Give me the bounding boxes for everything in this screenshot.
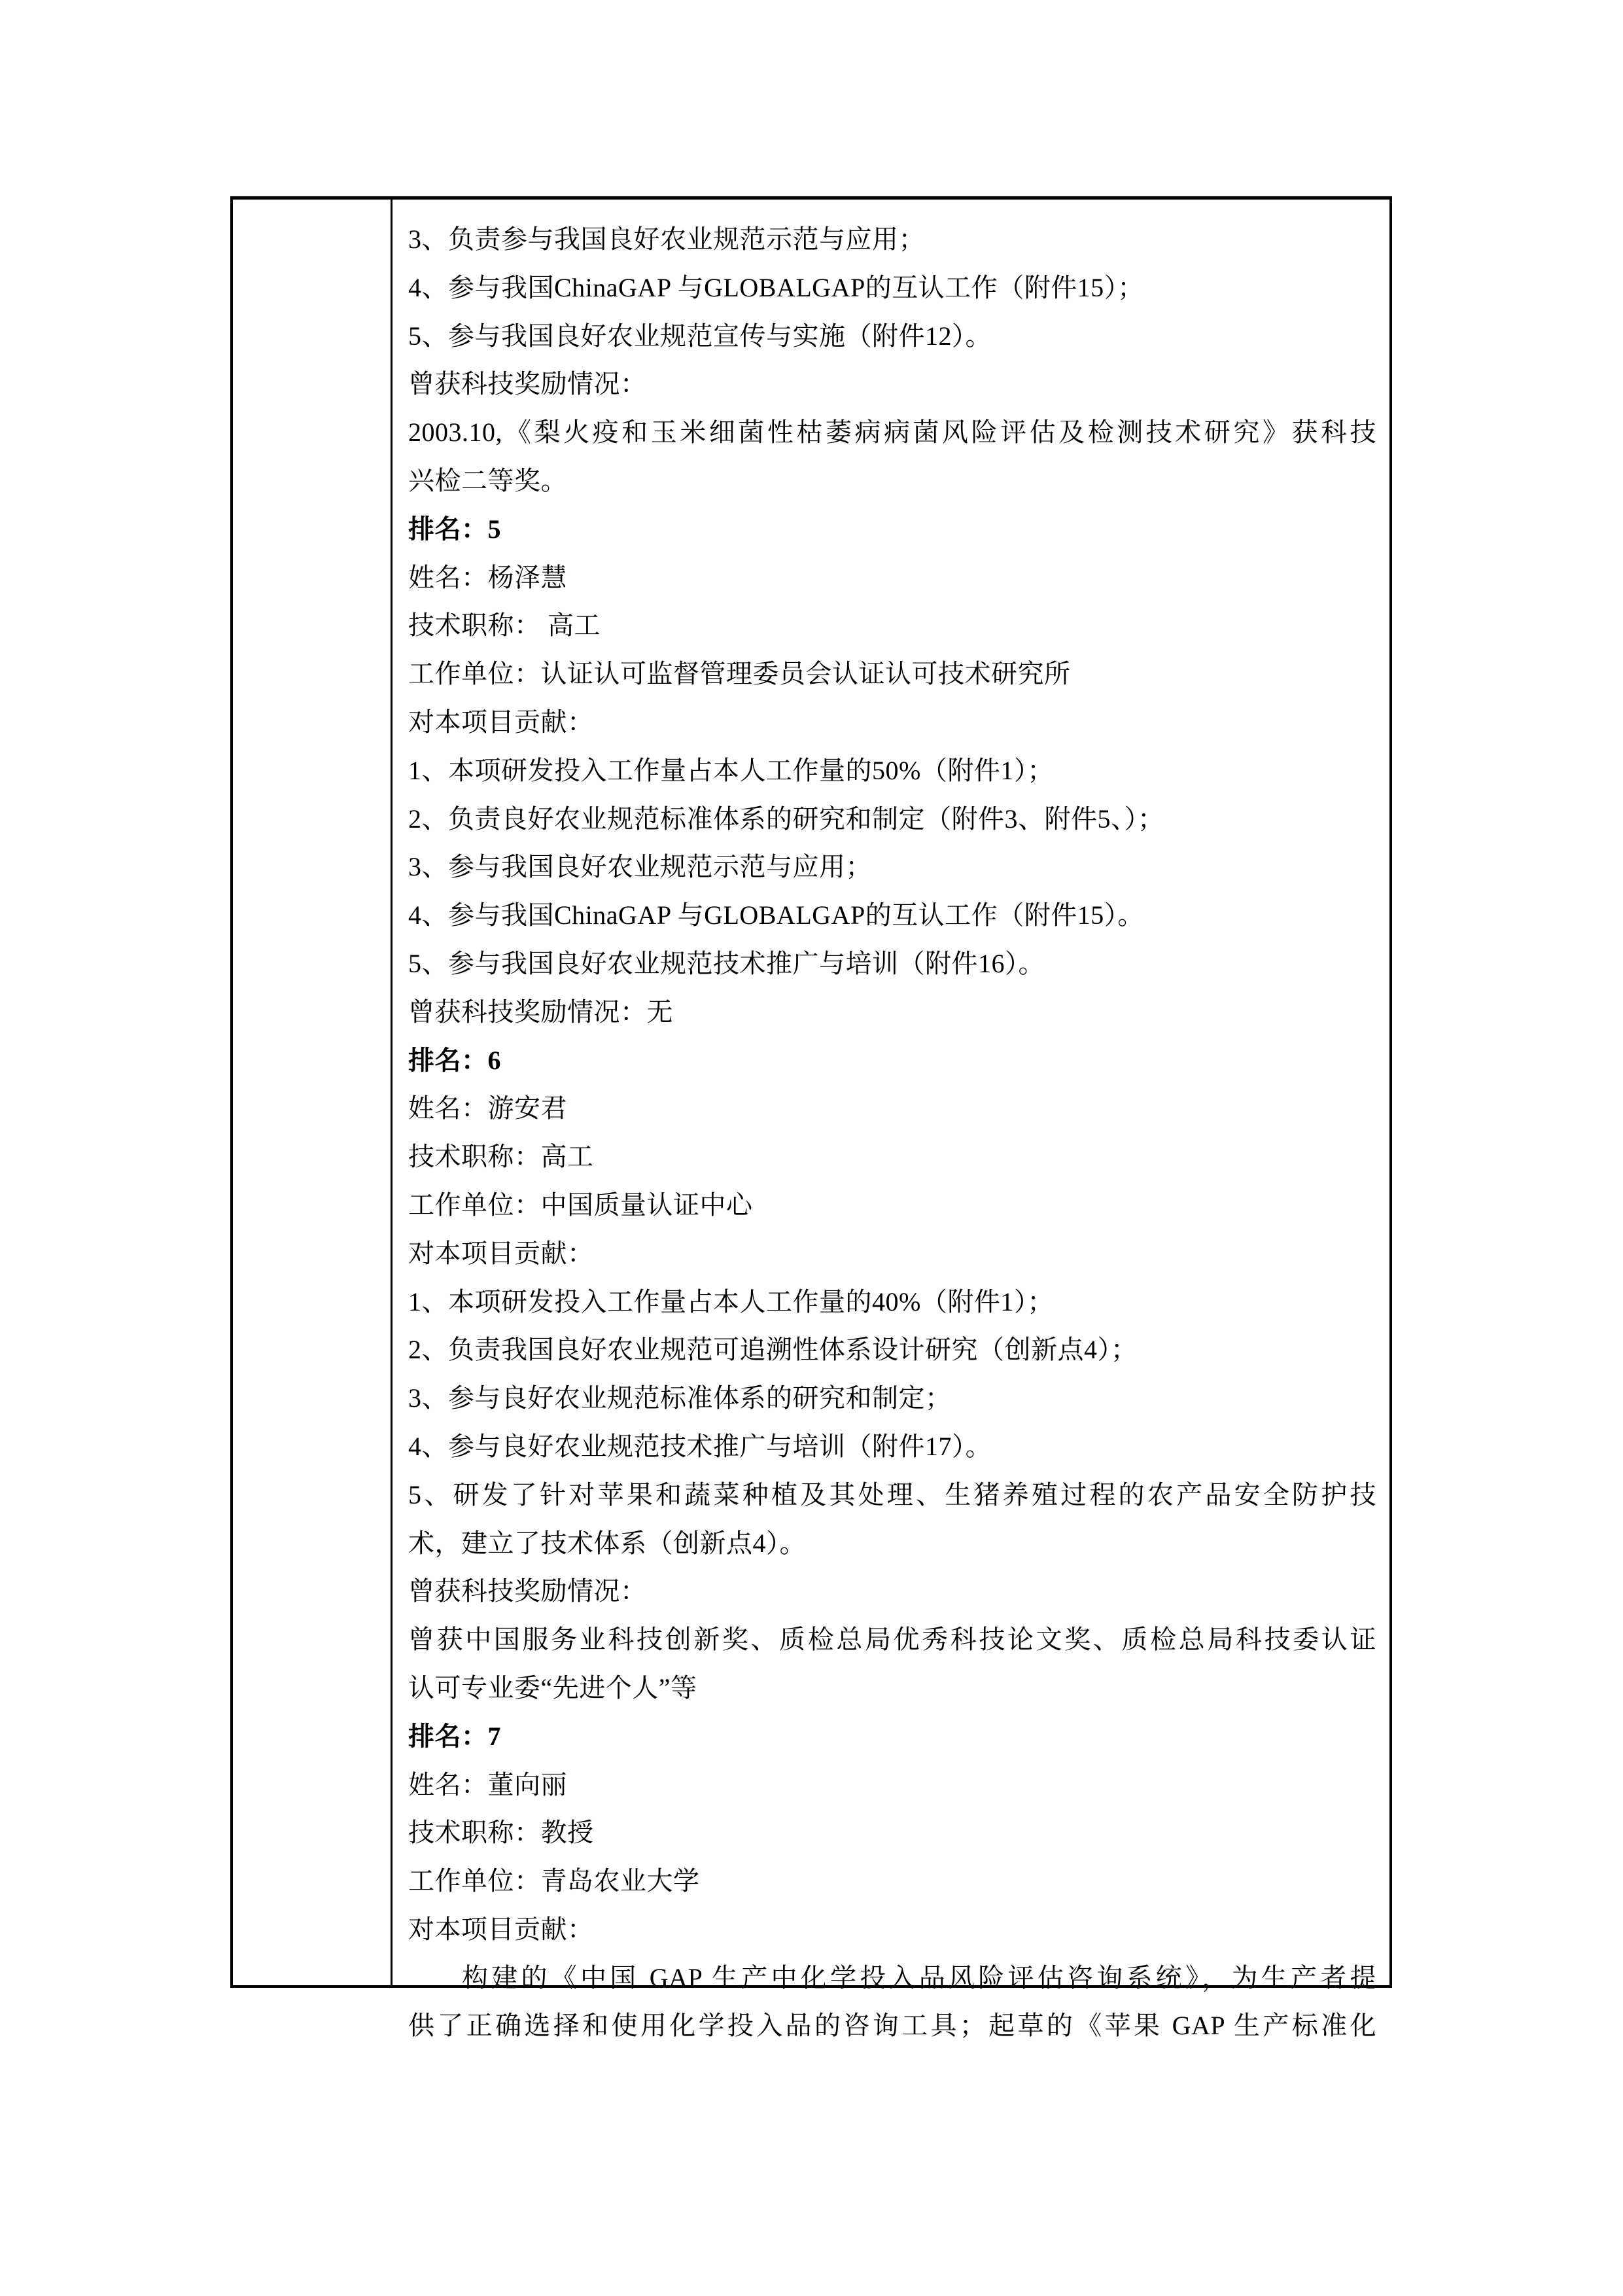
text-line: 对本项目贡献： [408, 1229, 1376, 1278]
text-line: 2、负责良好农业规范标准体系的研究和制定（附件3、附件5、）； [408, 795, 1376, 843]
text-line: 5、参与我国良好农业规范宣传与实施（附件12）。 [408, 312, 1376, 361]
text-line: 兴检二等奖。 [408, 457, 1376, 505]
text-line: 姓名：董向丽 [408, 1761, 1376, 1809]
text-line: 姓名：杨泽慧 [408, 554, 1376, 602]
text-line: 工作单位：青岛农业大学 [408, 1857, 1376, 1905]
text-line: 术，建立了技术体系（创新点4）。 [408, 1519, 1376, 1568]
text-line: 供了正确选择和使用化学投入品的咨询工具；起草的《苹果 GAP 生产标准化 [408, 2002, 1376, 2050]
text-line: 4、参与我国ChinaGAP 与GLOBALGAP的互认工作（附件15）； [408, 264, 1376, 312]
text-line: 2、负责我国良好农业规范可追溯性体系设计研究（创新点4）； [408, 1326, 1376, 1374]
text-line: 构建的《中国 GAP 生产中化学投入品风险评估咨询系统》，为生产者提 [408, 1954, 1376, 2002]
text-line: 技术职称：教授 [408, 1809, 1376, 1857]
text-line: 1、本项研发投入工作量占本人工作量的40%（附件1）； [408, 1278, 1376, 1326]
text-line: 4、参与良好农业规范技术推广与培训（附件17）。 [408, 1422, 1376, 1471]
text-line: 技术职称： 高工 [408, 601, 1376, 650]
text-line: 技术职称：高工 [408, 1133, 1376, 1181]
contributor-table: 3、负责参与我国良好农业规范示范与应用；4、参与我国ChinaGAP 与GLOB… [230, 196, 1392, 1988]
text-line: 3、参与我国良好农业规范示范与应用； [408, 843, 1376, 891]
text-line: 1、本项研发投入工作量占本人工作量的50%（附件1）； [408, 747, 1376, 795]
text-line: 曾获中国服务业科技创新奖、质检总局优秀科技论文奖、质检总局科技委认证 [408, 1616, 1376, 1664]
rank-heading: 排名：6 [408, 1036, 1376, 1085]
text-line: 4、参与我国ChinaGAP 与GLOBALGAP的互认工作（附件15）。 [408, 891, 1376, 940]
text-line: 曾获科技奖励情况： [408, 360, 1376, 408]
text-line: 工作单位：认证认可监督管理委员会认证认可技术研究所 [408, 650, 1376, 698]
text-line: 姓名：游安君 [408, 1084, 1376, 1133]
text-line: 对本项目贡献： [408, 1905, 1376, 1954]
text-line: 工作单位：中国质量认证中心 [408, 1181, 1376, 1229]
text-line: 曾获科技奖励情况：无 [408, 988, 1376, 1036]
text-line: 对本项目贡献： [408, 698, 1376, 747]
text-line: 认可专业委“先进个人”等 [408, 1664, 1376, 1712]
text-line: 5、参与我国良好农业规范技术推广与培训（附件16）。 [408, 940, 1376, 988]
text-line: 2003.10,《梨火疫和玉米细菌性枯萎病病菌风险评估及检测技术研究》获科技 [408, 408, 1376, 457]
text-line: 3、参与良好农业规范标准体系的研究和制定； [408, 1374, 1376, 1422]
rank-heading: 排名：5 [408, 505, 1376, 554]
text-line: 5、研发了针对苹果和蔬菜种植及其处理、生猪养殖过程的农产品安全防护技 [408, 1471, 1376, 1519]
table-content-column: 3、负责参与我国良好农业规范示范与应用；4、参与我国ChinaGAP 与GLOB… [393, 200, 1389, 1985]
text-line: 3、负责参与我国良好农业规范示范与应用； [408, 215, 1376, 264]
rank-heading: 排名：7 [408, 1712, 1376, 1761]
table-left-column [233, 200, 393, 1985]
text-line: 曾获科技奖励情况： [408, 1567, 1376, 1616]
